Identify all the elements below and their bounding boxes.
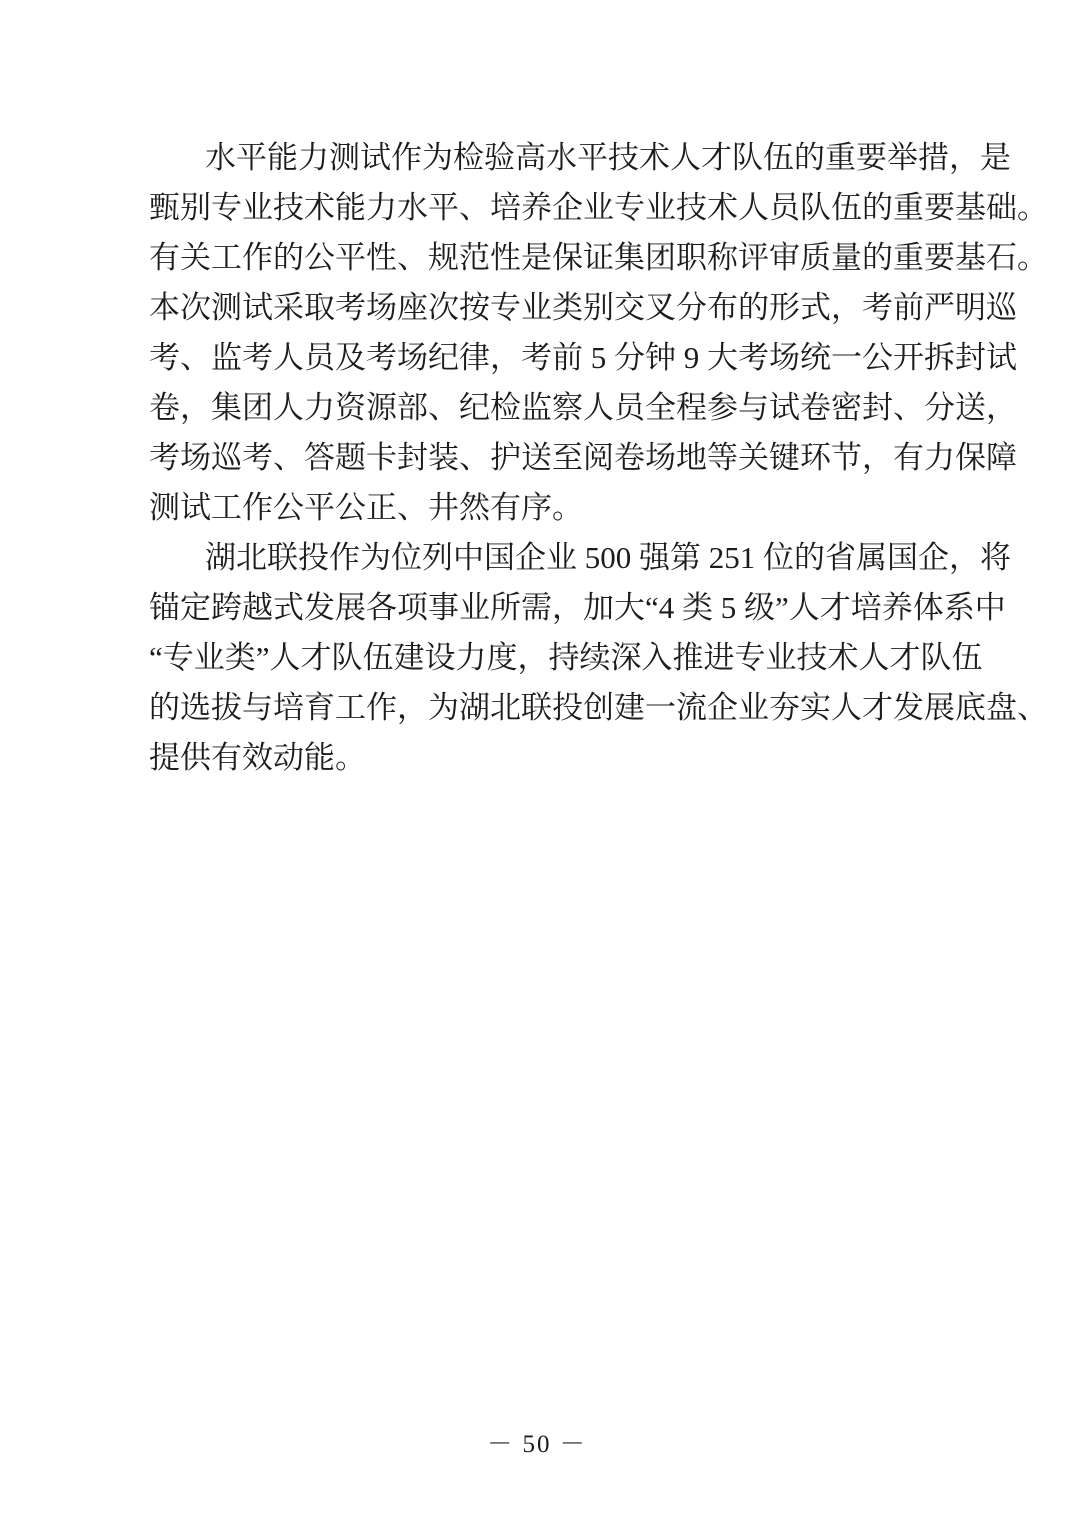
text-line: 甄别专业技术能力水平、培养企业专业技术人员队伍的重要基础。	[149, 183, 935, 233]
text-line: 的选拔与培育工作，为湖北联投创建一流企业夯实人才发展底盘、	[149, 683, 935, 733]
paragraph-hubei-liantou: 湖北联投作为位列中国企业 500 强第 251 位的省属国企，将 锚定跨越式发展…	[149, 533, 935, 783]
text-line: 卷，集团人力资源部、纪检监察人员全程参与试卷密封、分送，	[149, 383, 935, 433]
text-line: 提供有效动能。	[149, 733, 935, 783]
paragraph-test-measures: 水平能力测试作为检验高水平技术人才队伍的重要举措，是 甄别专业技术能力水平、培养…	[149, 133, 935, 533]
text-line: 考场巡考、答题卡封装、护送至阅卷场地等关键环节，有力保障	[149, 433, 935, 483]
text-line: 水平能力测试作为检验高水平技术人才队伍的重要举措，是	[149, 133, 935, 183]
text-line: 湖北联投作为位列中国企业 500 强第 251 位的省属国企，将	[149, 533, 935, 583]
text-line: 考、监考人员及考场纪律，考前 5 分钟 9 大考场统一公开拆封试	[149, 333, 935, 383]
text-line: 测试工作公平公正、井然有序。	[149, 483, 935, 533]
document-page: 水平能力测试作为检验高水平技术人才队伍的重要举措，是 甄别专业技术能力水平、培养…	[0, 0, 1074, 1520]
text-line: 本次测试采取考场座次按专业类别交叉分布的形式，考前严明巡	[149, 283, 935, 333]
text-line: 有关工作的公平性、规范性是保证集团职称评审质量的重要基石。	[149, 233, 935, 283]
body-text: 水平能力测试作为检验高水平技术人才队伍的重要举措，是 甄别专业技术能力水平、培养…	[149, 133, 935, 783]
text-line: “专业类”人才队伍建设力度，持续深入推进专业技术人才队伍	[149, 633, 935, 683]
page-number: － 50 －	[0, 1424, 1074, 1460]
text-line: 锚定跨越式发展各项事业所需，加大“4 类 5 级”人才培养体系中	[149, 583, 935, 633]
